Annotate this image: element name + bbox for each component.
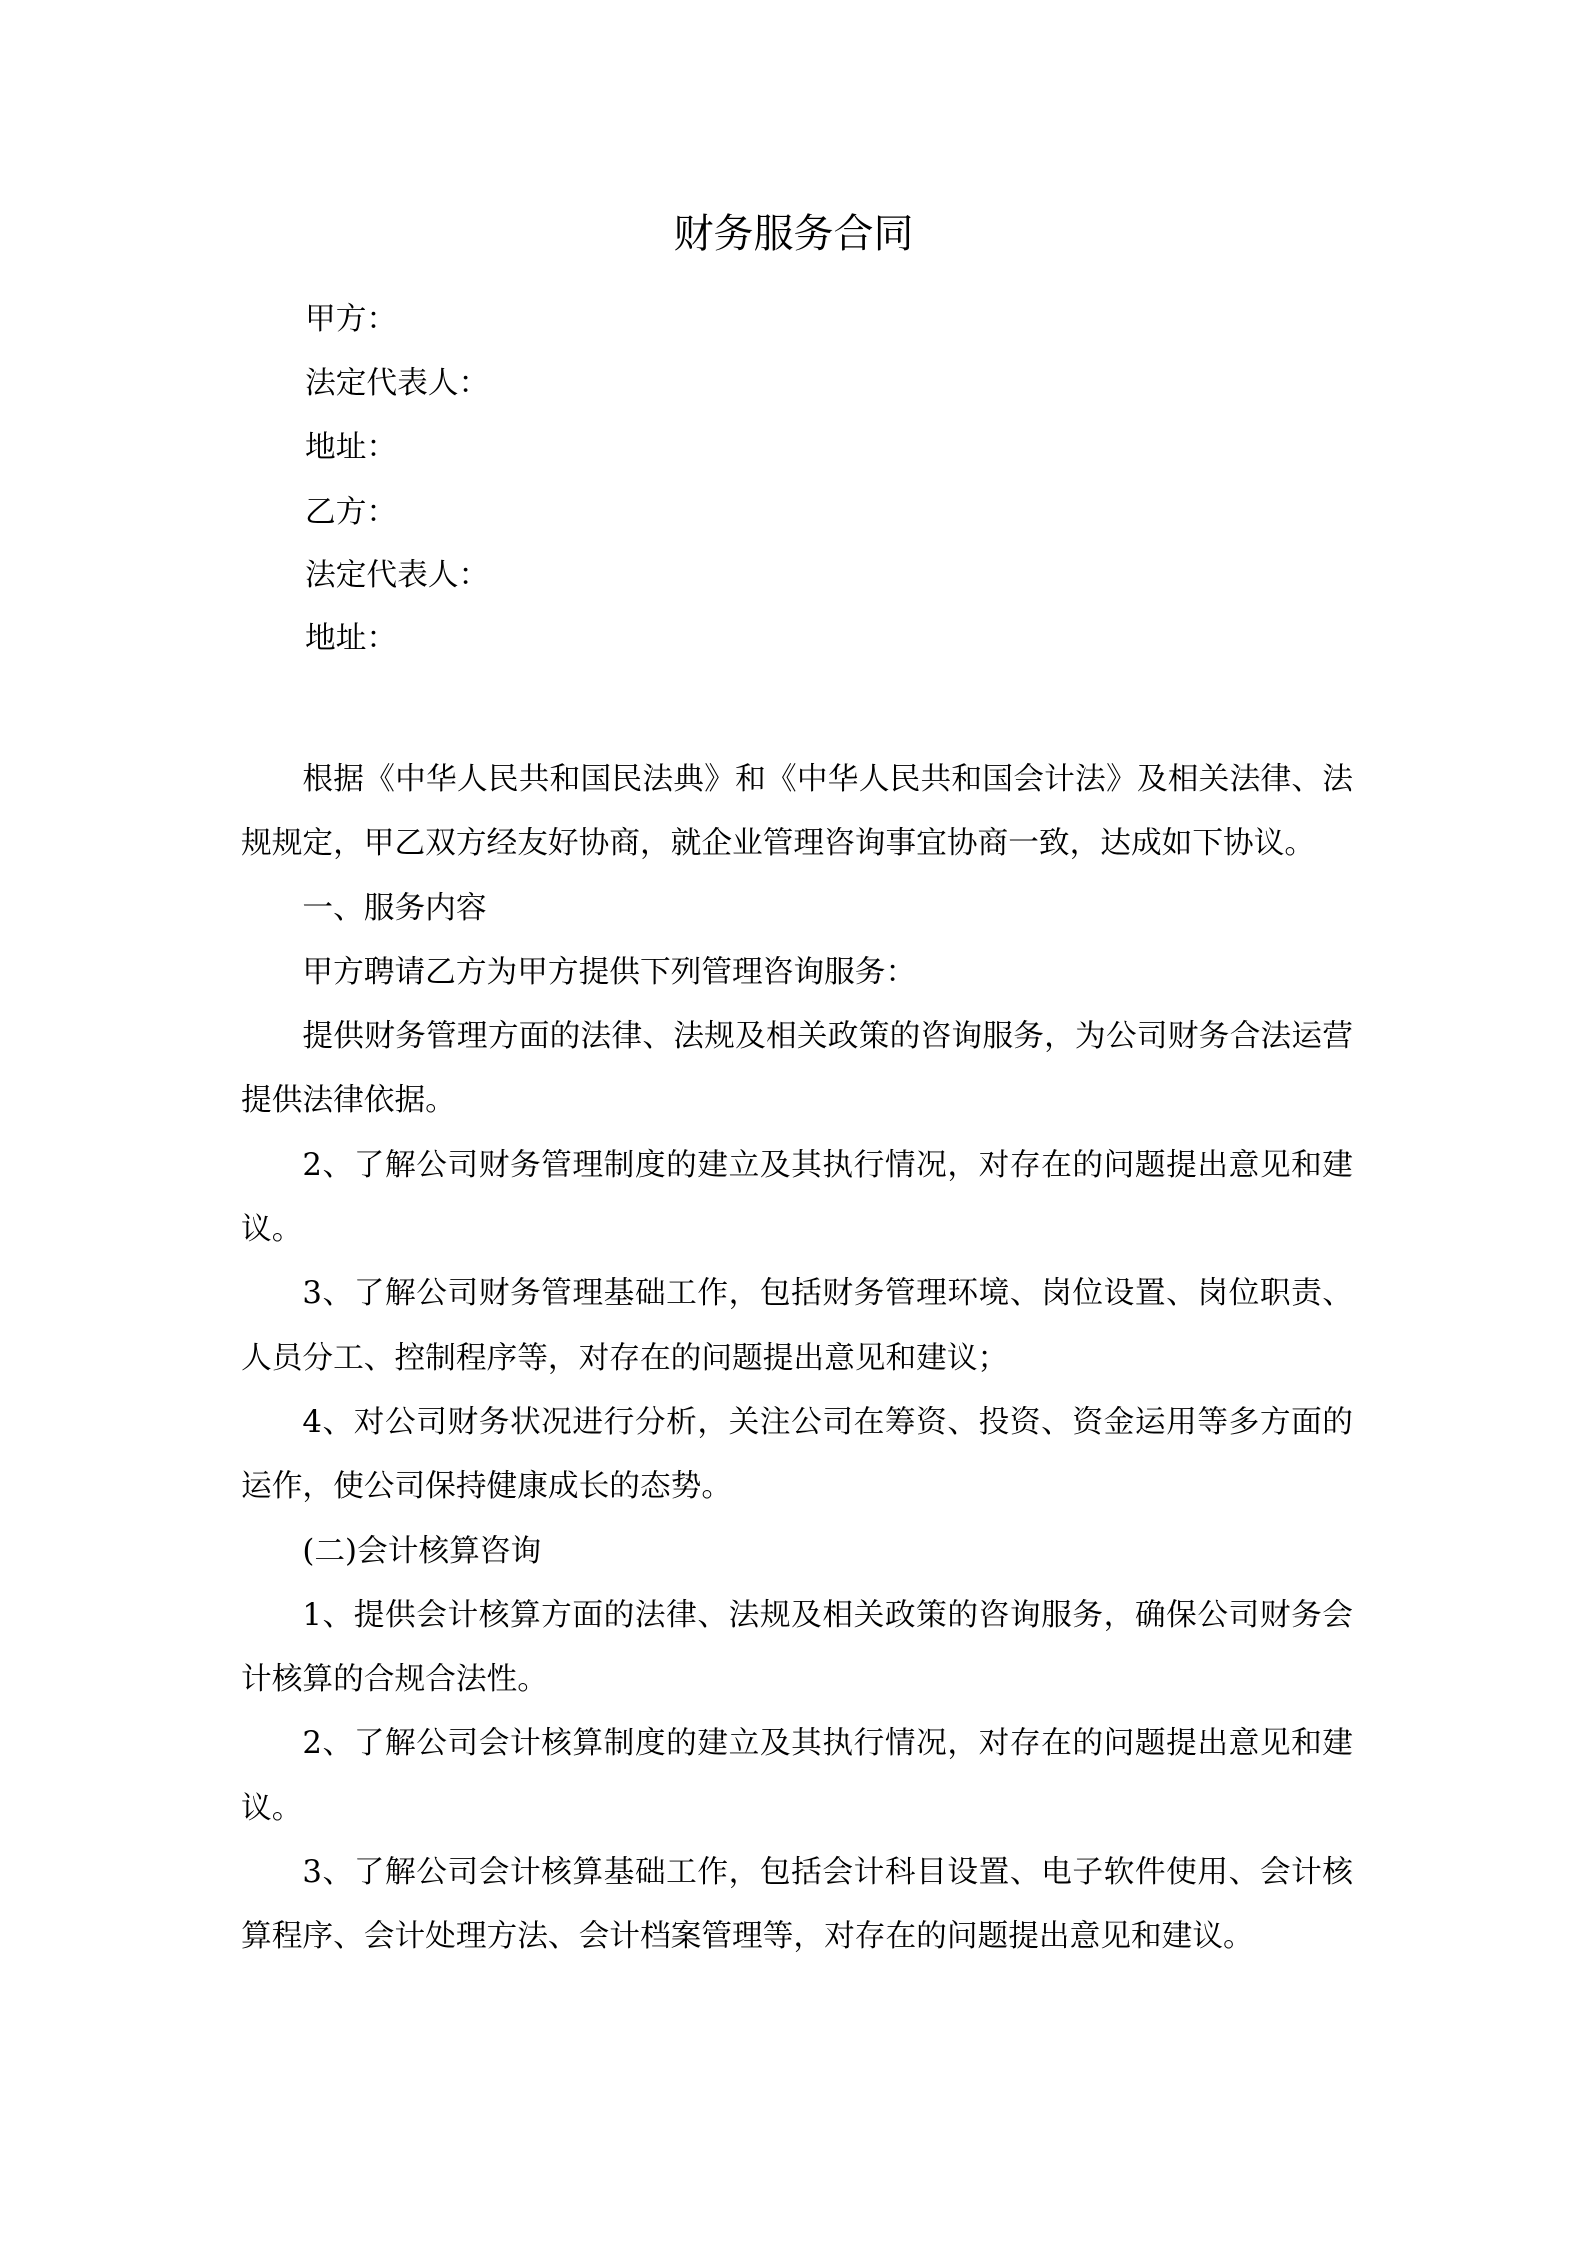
party-b-legal-rep-label: 法定代表人： [305,556,489,596]
clause-paragraph: 1、提供会计核算方面的法律、法规及相关政策的咨询服务，确保公司财务会计核算的合规… [241,1584,1353,1713]
clause-paragraph: 提供财务管理方面的法律、法规及相关政策的咨询服务，为公司财务合法运营提供法律依据… [241,1005,1353,1134]
clause-paragraph: 4、对公司财务状况进行分析，关注公司在筹资、投资、资金运用等多方面的运作，使公司… [241,1391,1353,1520]
contract-body: 根据《中华人民共和国民法典》和《中华人民共和国会计法》及相关法律、法规规定，甲乙… [241,748,1353,1970]
party-a-legal-rep-label: 法定代表人： [305,364,489,404]
section-heading-accounting: (二)会计核算咨询 [241,1520,1353,1584]
party-b-address-label: 地址： [305,619,397,659]
clause-intro: 甲方聘请乙方为甲方提供下列管理咨询服务： [241,941,1353,1005]
party-b-label: 乙方： [305,493,397,533]
clause-paragraph: 3、了解公司财务管理基础工作，包括财务管理环境、岗位设置、岗位职责、人员分工、控… [241,1262,1353,1391]
document-title: 财务服务合同 [0,208,1587,260]
clause-paragraph: 2、了解公司会计核算制度的建立及其执行情况，对存在的问题提出意见和建议。 [241,1712,1353,1841]
party-a-label: 甲方： [305,300,397,340]
preamble-paragraph: 根据《中华人民共和国民法典》和《中华人民共和国会计法》及相关法律、法规规定，甲乙… [241,748,1353,877]
section-heading-service-content: 一、服务内容 [241,877,1353,941]
party-a-address-label: 地址： [305,428,397,468]
clause-paragraph: 3、了解公司会计核算基础工作，包括会计科目设置、电子软件使用、会计核算程序、会计… [241,1841,1353,1970]
clause-paragraph: 2、了解公司财务管理制度的建立及其执行情况，对存在的问题提出意见和建议。 [241,1134,1353,1263]
